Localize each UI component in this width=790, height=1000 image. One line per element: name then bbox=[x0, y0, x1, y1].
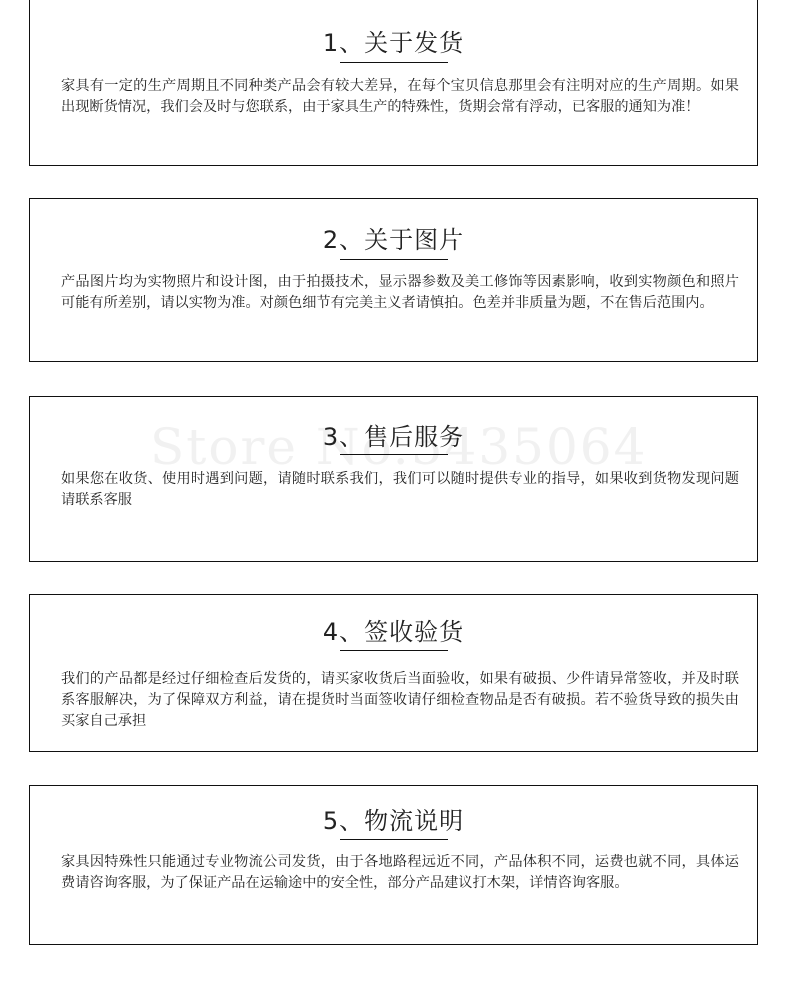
title-underline bbox=[340, 62, 448, 63]
section-body: 我们的产品都是经过仔细检查后发货的，请买家收货后当面验收，如果有破损、少件请异常… bbox=[61, 669, 739, 732]
section-title: 3、售后服务 bbox=[30, 417, 757, 452]
section-after-sales: 3、售后服务 如果您在收货、使用时遇到问题，请随时联系我们，我们可以随时提供专业… bbox=[29, 396, 758, 562]
section-body: 家具因特殊性只能通过专业物流公司发货，由于各地路程远近不同，产品体积不同，运费也… bbox=[61, 852, 739, 894]
section-shipping: 1、关于发货 家具有一定的生产周期且不同种类产品会有较大差异，在每个宝贝信息那里… bbox=[29, 0, 758, 166]
section-title: 1、关于发货 bbox=[30, 23, 757, 58]
section-body: 产品图片均为实物照片和设计图，由于拍摄技术，显示器参数及美工修饰等因素影响，收到… bbox=[61, 272, 739, 314]
section-title: 2、关于图片 bbox=[30, 220, 757, 255]
section-title: 5、物流说明 bbox=[30, 801, 757, 836]
title-underline bbox=[340, 839, 448, 840]
section-body: 家具有一定的生产周期且不同种类产品会有较大差异，在每个宝贝信息那里会有注明对应的… bbox=[61, 76, 739, 118]
section-pictures: 2、关于图片 产品图片均为实物照片和设计图，由于拍摄技术，显示器参数及美工修饰等… bbox=[29, 198, 758, 362]
section-inspection: 4、签收验货 我们的产品都是经过仔细检查后发货的，请买家收货后当面验收，如果有破… bbox=[29, 594, 758, 752]
title-underline bbox=[340, 259, 448, 260]
section-title: 4、签收验货 bbox=[30, 612, 757, 647]
title-underline bbox=[340, 454, 448, 455]
section-body: 如果您在收货、使用时遇到问题，请随时联系我们，我们可以随时提供专业的指导，如果收… bbox=[61, 469, 739, 511]
title-underline bbox=[340, 650, 448, 651]
section-logistics: 5、物流说明 家具因特殊性只能通过专业物流公司发货，由于各地路程远近不同，产品体… bbox=[29, 785, 758, 945]
